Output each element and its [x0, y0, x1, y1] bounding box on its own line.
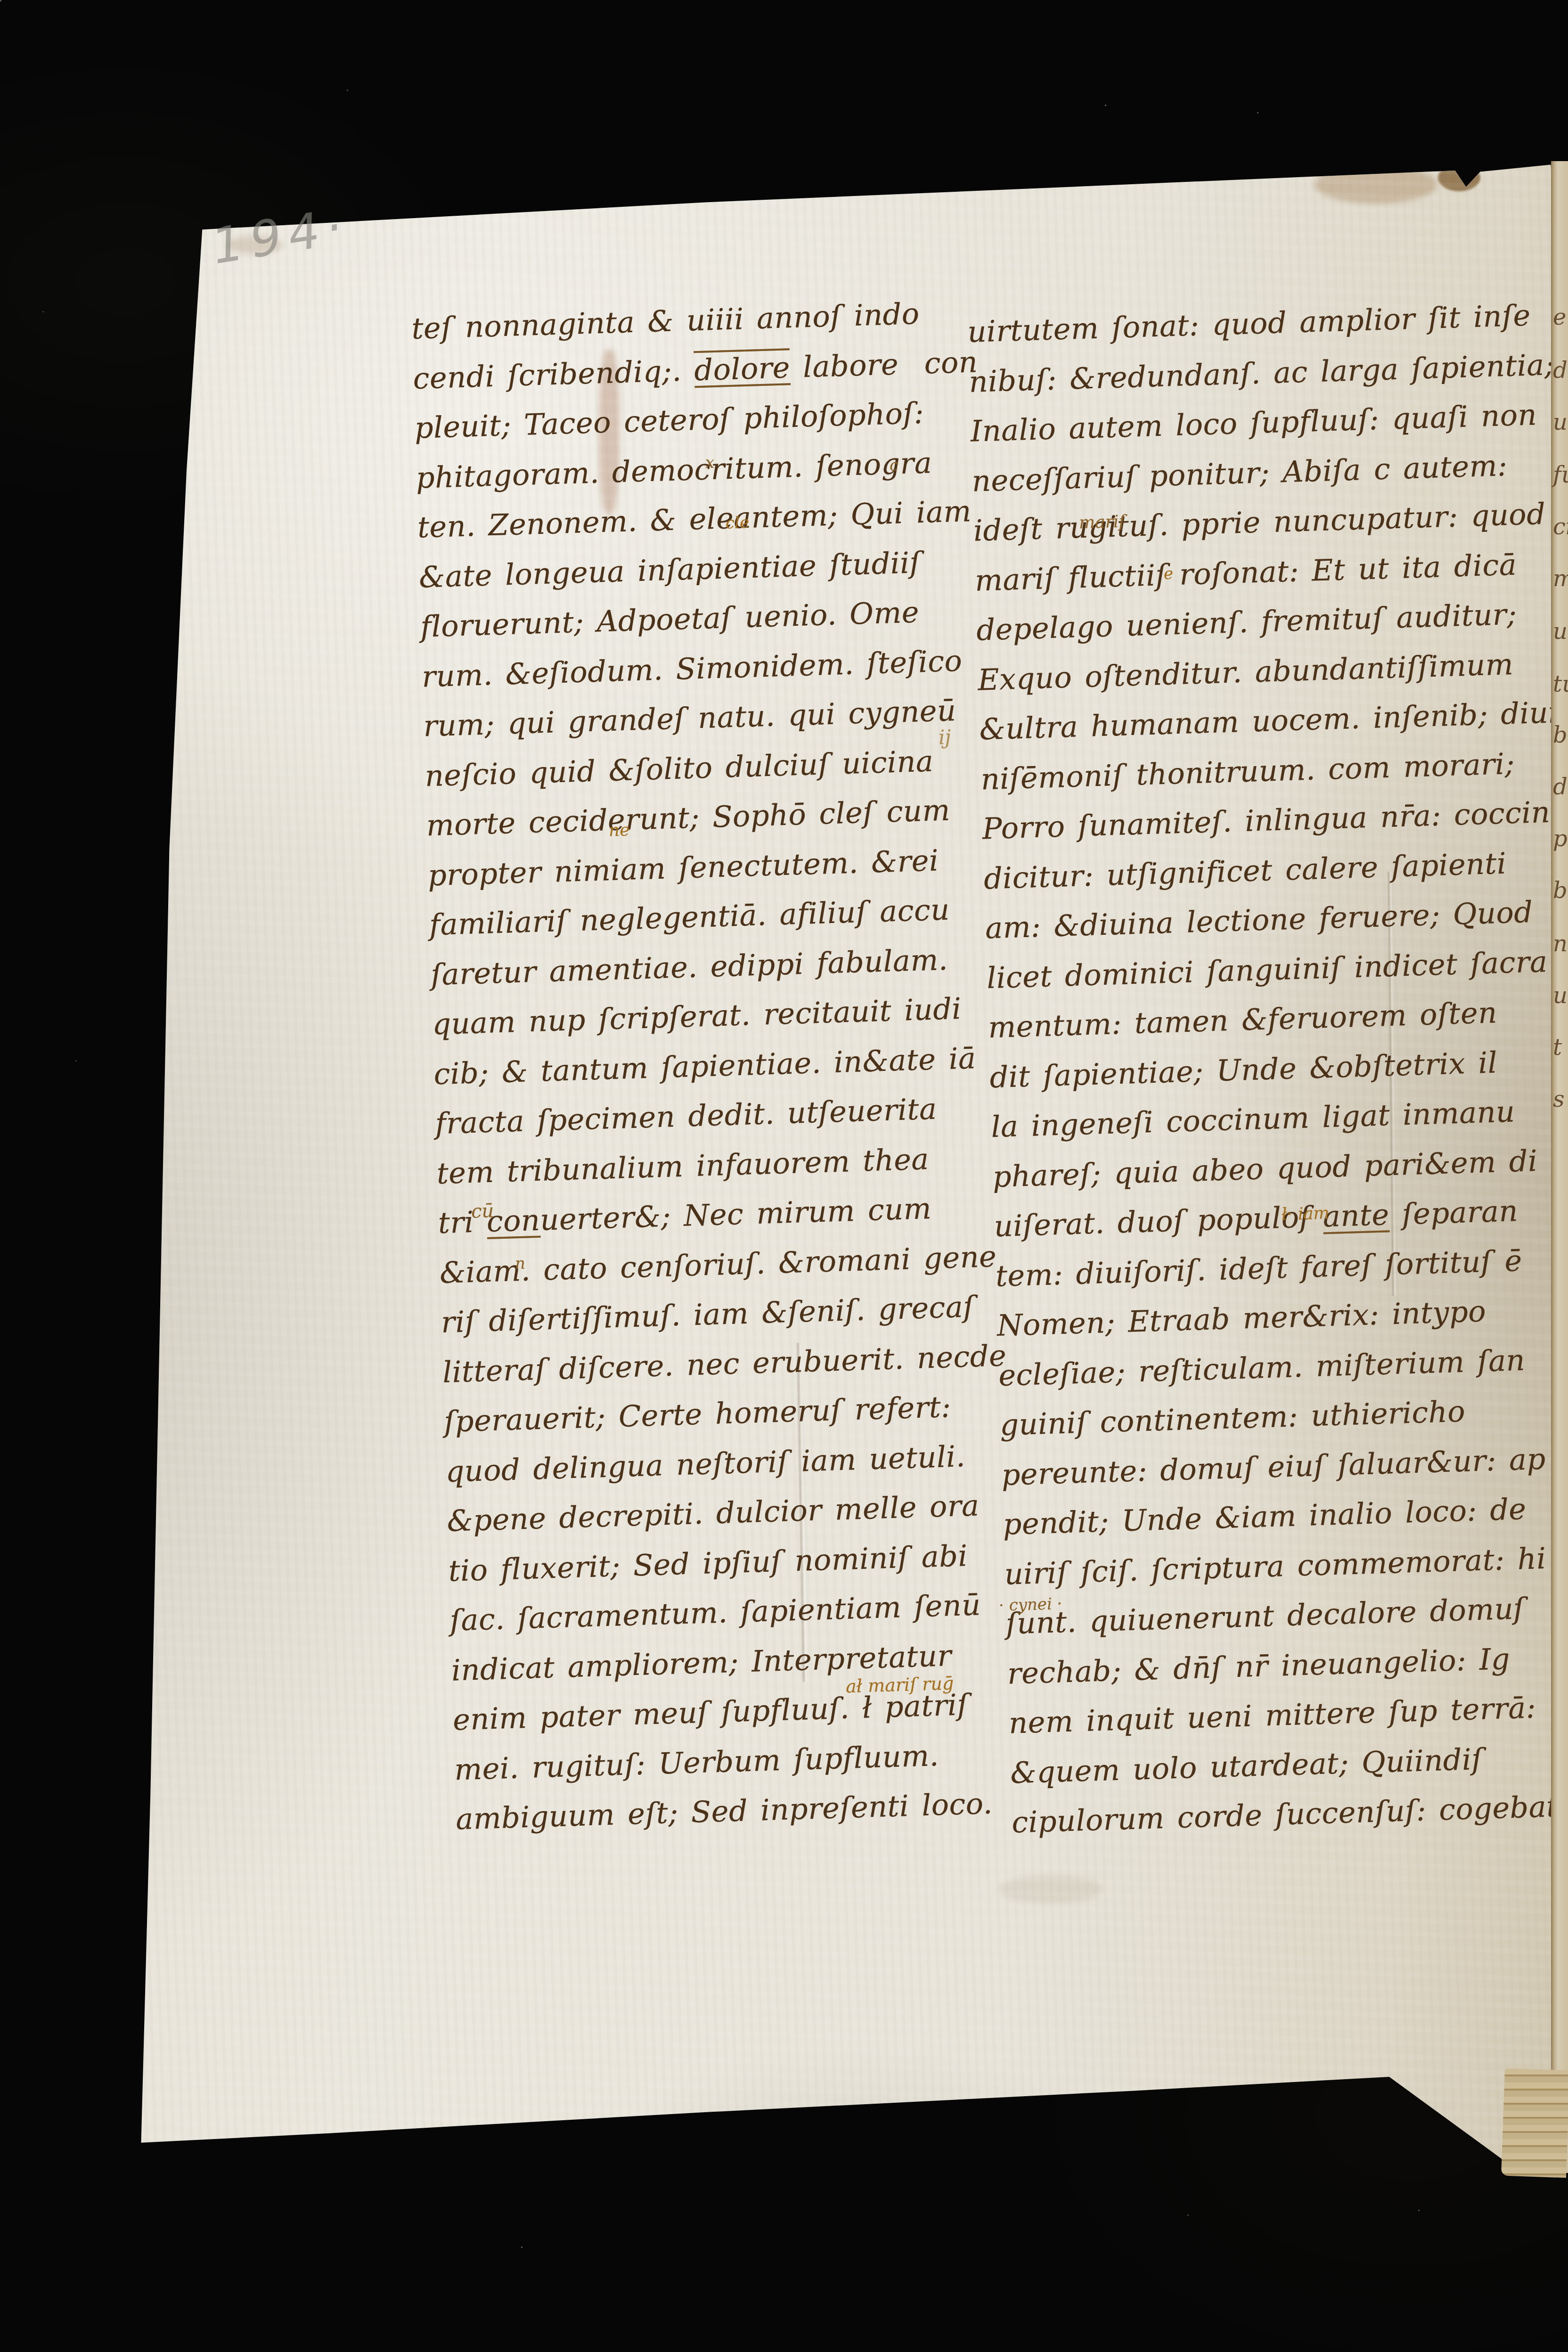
fore-edge-letter-fragment: fu — [1553, 462, 1568, 488]
interlinear-gloss: mariſ — [1078, 512, 1125, 533]
fore-edge-letter-fragment: ci — [1553, 514, 1568, 540]
fore-edge-letter-fragment: m — [1553, 565, 1568, 592]
fore-edge-letter-fragment: bi — [1553, 877, 1568, 904]
fore-edge-letter-fragment: tu — [1553, 671, 1568, 697]
fore-edge-letter-fragment: ue — [1553, 618, 1568, 645]
fore-edge-letter-fragment: e — [1553, 304, 1566, 330]
interlinear-gloss: cle — [725, 513, 749, 532]
fore-edge-letter-fragment: pl — [1553, 825, 1568, 852]
fore-edge-letter-fragment: s — [1553, 1086, 1565, 1112]
fore-edge-letter-fragment: n — [1553, 931, 1568, 957]
interlinear-gloss: ne — [608, 820, 630, 840]
interlinear-gloss: ij — [938, 726, 951, 749]
interlinear-gloss: · cynei · — [998, 1594, 1062, 1615]
interlinear-gloss: x — [705, 453, 714, 473]
interlinear-gloss: ał mariſ ruḡ — [845, 1673, 954, 1697]
interlinear-gloss: e — [1163, 564, 1173, 584]
manuscript-photo: 194· teſ nonnaginta & uiiii annoſ indoce… — [0, 0, 1568, 2352]
fore-edge-letter-fragment: u — [1553, 409, 1568, 435]
fore-edge-letter-fragment: d — [1553, 357, 1568, 384]
interlinear-gloss: n — [514, 1254, 525, 1274]
interlinear-gloss: cū — [471, 1200, 494, 1222]
interlinear-gloss-layer: xcclenecūnał mariſ ruḡmariſeł· iam· cyne… — [0, 0, 1568, 2352]
fore-edge-letter-fragment: br — [1553, 722, 1568, 748]
interlinear-gloss: ł· iam — [1281, 1204, 1330, 1225]
stacked-leaf-edges — [1501, 2068, 1568, 2178]
interlinear-gloss: c — [889, 456, 898, 475]
fore-edge-letter-fragment: u — [1553, 982, 1568, 1009]
next-folio-fore-edge: edufucimuetubrdplbinuts — [1551, 161, 1568, 2173]
fore-edge-letter-fragment: d — [1553, 774, 1568, 800]
fore-edge-letter-fragment: t — [1553, 1034, 1562, 1061]
